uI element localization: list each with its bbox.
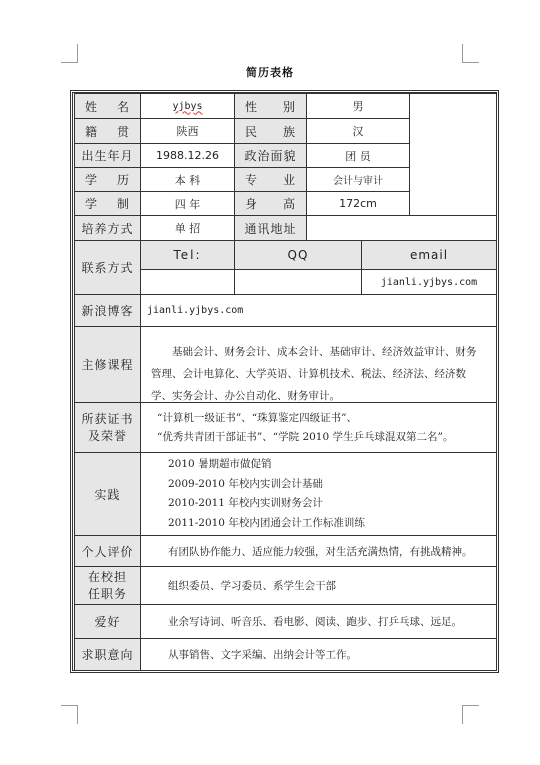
political-label: 政治面貌 (234, 143, 307, 168)
duration-label: 学制 (74, 191, 141, 216)
contact-tel-value[interactable] (140, 269, 235, 295)
practice-item: 2010-2011 年校内实训财务会计 (168, 494, 323, 514)
contact-label: 联系方式 (74, 240, 141, 295)
certs-label: 所获证书及荣誉 (74, 402, 141, 453)
political-value[interactable]: 团 员 (306, 143, 410, 168)
photo-area[interactable] (409, 93, 497, 216)
height-label: 身高 (234, 191, 307, 216)
self-eval-value[interactable]: 有团队协作能力、适应能力较强，对生活充满热情，有挑战精神。 (140, 535, 497, 567)
blog-label: 新浪博客 (74, 294, 141, 327)
positions-value[interactable]: 组织委员、学习委员、系学生会干部 (140, 566, 497, 605)
height-value[interactable]: 172cm (306, 191, 410, 216)
birth-value[interactable]: 1988.12.26 (140, 143, 235, 168)
contact-header-qq: QQ (234, 240, 362, 270)
name-value[interactable]: yjbys (140, 93, 235, 119)
hobbies-value[interactable]: 业余写诗词、听音乐、看电影、阅读、跑步、打乒乓球、远足。 (140, 604, 497, 639)
courses-value[interactable]: 基础会计、财务会计、成本会计、基础审计、经济效益审计、财务管理、会计电算化、大学… (140, 326, 497, 403)
contact-header-email: email (361, 240, 497, 270)
education-value[interactable]: 本 科 (140, 167, 235, 192)
practice-value[interactable]: 2010 暑期超市做促销 2009-2010 年校内实训会计基础 2010-20… (140, 452, 497, 536)
corner-mark-tl-h (61, 62, 78, 63)
contact-header-tel: Tel: (140, 240, 235, 270)
self-eval-label: 个人评价 (74, 535, 141, 567)
objective-label: 求职意向 (74, 638, 141, 671)
address-label: 通讯地址 (234, 215, 307, 241)
corner-mark-bl-v (77, 705, 78, 724)
major-label: 专业 (234, 167, 307, 192)
training-value[interactable]: 单 招 (140, 215, 235, 241)
birth-label: 出生年月 (74, 143, 141, 168)
certs-value[interactable]: “计算机一级证书”、“珠算鉴定四级证书”、“优秀共青团干部证书”、“学院 201… (140, 402, 497, 453)
gender-value[interactable]: 男 (306, 93, 410, 119)
corner-mark-tr-h (462, 62, 479, 63)
corner-mark-br-v (462, 705, 463, 724)
name-label: 姓名 (74, 93, 141, 119)
contact-qq-value[interactable] (234, 269, 362, 295)
practice-item: 2011-2010 年校内团通会计工作标准训练 (168, 514, 365, 534)
practice-label: 实践 (74, 452, 141, 536)
cert-line: “计算机一级证书”、“珠算鉴定四级证书”、 (157, 409, 357, 428)
education-label: 学历 (74, 167, 141, 192)
corner-mark-tl-v (77, 44, 78, 63)
cert-line: “优秀共青团干部证书”、“学院 2010 学生乒乓球混双第二名”。 (157, 428, 453, 447)
corner-mark-tr-v (462, 44, 463, 63)
blog-value[interactable]: jianli.yjbys.com (140, 294, 497, 327)
corner-mark-bl-h (61, 705, 78, 706)
positions-label: 在校担任职务 (74, 566, 141, 605)
native-place-value[interactable]: 陕西 (140, 118, 235, 144)
major-value[interactable]: 会计与审计 (306, 167, 410, 192)
document-title: 简历表格 (0, 64, 540, 80)
corner-mark-br-h (462, 705, 479, 706)
address-value[interactable] (306, 215, 497, 241)
training-label: 培养方式 (74, 215, 141, 241)
practice-item: 2009-2010 年校内实训会计基础 (168, 475, 323, 495)
native-place-label: 籍贯 (74, 118, 141, 144)
objective-value[interactable]: 从事销售、文字采编、出纳会计等工作。 (140, 638, 497, 671)
ethnicity-label: 民族 (234, 118, 307, 144)
gender-label: 性别 (234, 93, 307, 119)
ethnicity-value[interactable]: 汉 (306, 118, 410, 144)
contact-email-value[interactable]: jianli.yjbys.com (361, 269, 497, 295)
hobbies-label: 爱好 (74, 604, 141, 639)
duration-value[interactable]: 四 年 (140, 191, 235, 216)
practice-item: 2010 暑期超市做促销 (168, 455, 272, 475)
courses-label: 主修课程 (74, 326, 141, 403)
